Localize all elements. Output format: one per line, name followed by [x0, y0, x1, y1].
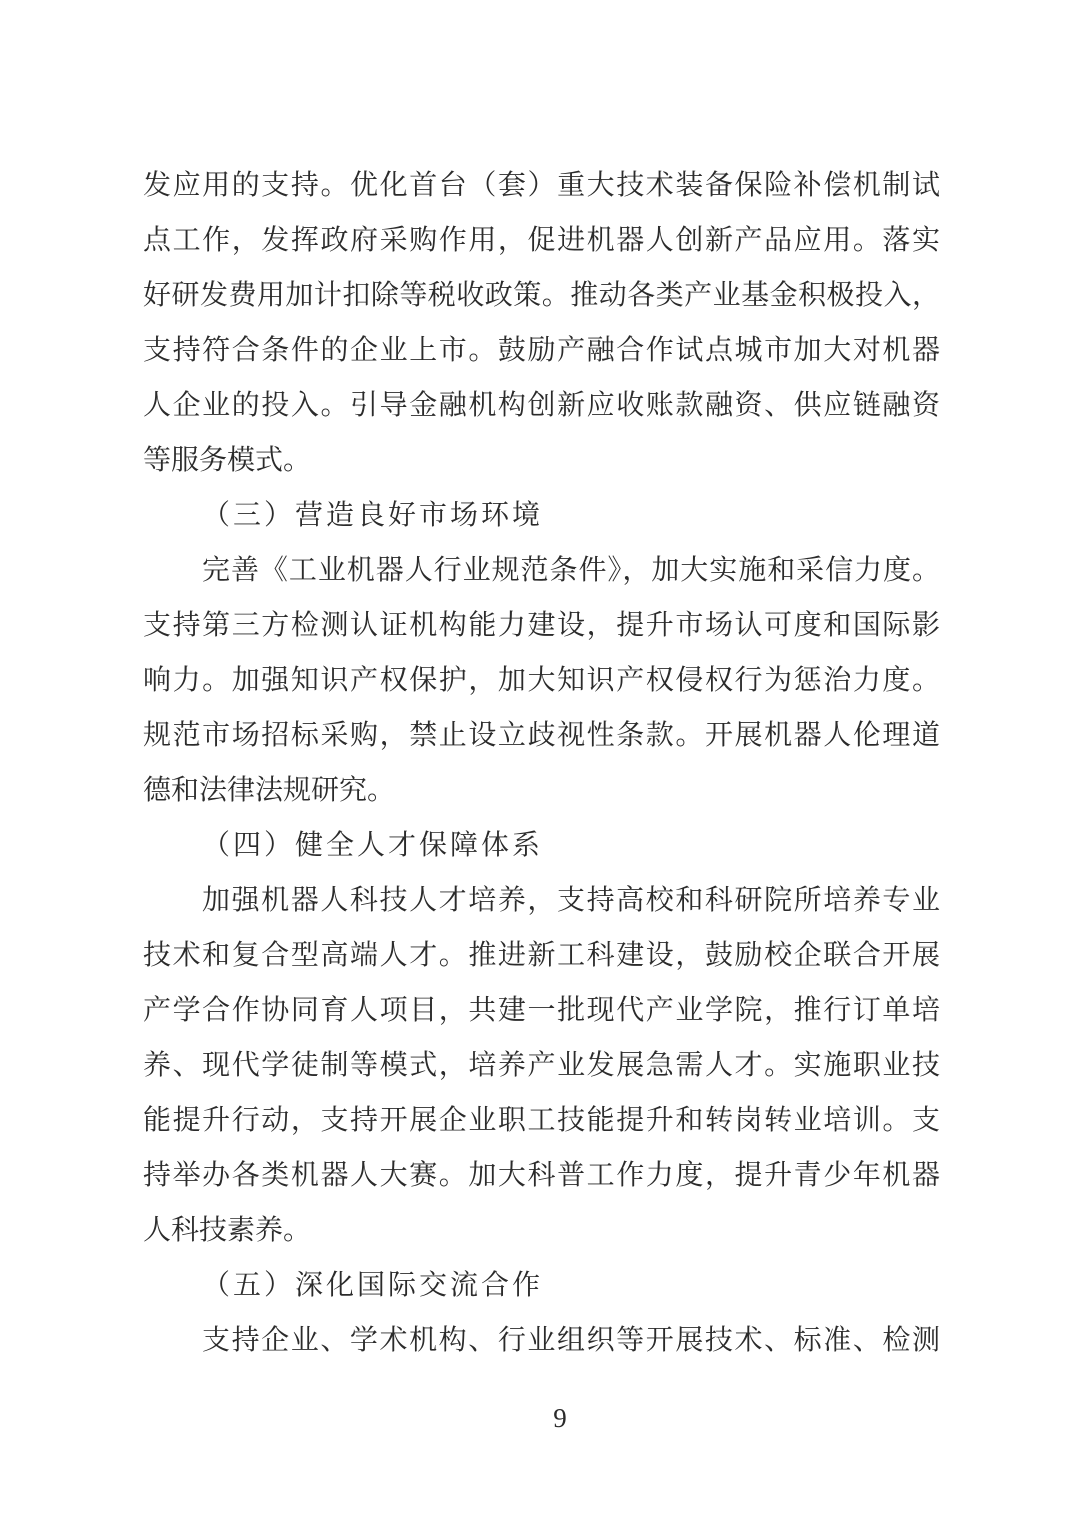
paragraph-block: 支持企业、学术机构、行业组织等开展技术、标准、检测: [143, 1313, 940, 1368]
text-line: 产学合作协同育人项目，共建一批现代产业学院，推行订单培: [143, 983, 940, 1038]
document-page: 发应用的支持。优化首台（套）重大技术装备保险补偿机制试点工作，发挥政府采购作用，…: [0, 0, 1080, 1527]
text-line: 技术和复合型高端人才。推进新工科建设，鼓励校企联合开展: [143, 928, 940, 983]
content-area: 发应用的支持。优化首台（套）重大技术装备保险补偿机制试点工作，发挥政府采购作用，…: [143, 158, 940, 1368]
text-line: 能提升行动，支持开展企业职工技能提升和转岗转业培训。支: [143, 1093, 940, 1148]
section-heading: （五）深化国际交流合作: [143, 1258, 940, 1313]
section-heading-block: （四）健全人才保障体系: [143, 818, 940, 873]
page-number: 9: [40, 1398, 1080, 1438]
text-line: 发应用的支持。优化首台（套）重大技术装备保险补偿机制试: [143, 158, 940, 213]
text-line: 加强机器人科技人才培养，支持高校和科研院所培养专业: [143, 873, 940, 928]
text-line: 持举办各类机器人大赛。加大科普工作力度，提升青少年机器: [143, 1148, 940, 1203]
text-line: 规范市场招标采购，禁止设立歧视性条款。开展机器人伦理道: [143, 708, 940, 763]
paragraph-block: 发应用的支持。优化首台（套）重大技术装备保险补偿机制试点工作，发挥政府采购作用，…: [143, 158, 940, 488]
text-line: 支持企业、学术机构、行业组织等开展技术、标准、检测: [143, 1313, 940, 1368]
section-heading-block: （五）深化国际交流合作: [143, 1258, 940, 1313]
section-heading: （四）健全人才保障体系: [143, 818, 940, 873]
text-line: 点工作，发挥政府采购作用，促进机器人创新产品应用。落实: [143, 213, 940, 268]
paragraph-block: 完善《工业机器人行业规范条件》，加大实施和采信力度。支持第三方检测认证机构能力建…: [143, 543, 940, 818]
section-heading-block: （三）营造良好市场环境: [143, 488, 940, 543]
text-line: 好研发费用加计扣除等税收政策。推动各类产业基金积极投入，: [143, 268, 940, 323]
text-line: 响力。加强知识产权保护，加大知识产权侵权行为惩治力度。: [143, 653, 940, 708]
paragraph-block: 加强机器人科技人才培养，支持高校和科研院所培养专业技术和复合型高端人才。推进新工…: [143, 873, 940, 1258]
text-line: 完善《工业机器人行业规范条件》，加大实施和采信力度。: [143, 543, 940, 598]
text-line: 等服务模式。: [143, 433, 940, 488]
text-line: 养、现代学徒制等模式，培养产业发展急需人才。实施职业技: [143, 1038, 940, 1093]
text-line: 支持符合条件的企业上市。鼓励产融合作试点城市加大对机器: [143, 323, 940, 378]
text-line: 人科技素养。: [143, 1203, 940, 1258]
text-line: 支持第三方检测认证机构能力建设，提升市场认可度和国际影: [143, 598, 940, 653]
text-line: 人企业的投入。引导金融机构创新应收账款融资、供应链融资: [143, 378, 940, 433]
section-heading: （三）营造良好市场环境: [143, 488, 940, 543]
text-line: 德和法律法规研究。: [143, 763, 940, 818]
